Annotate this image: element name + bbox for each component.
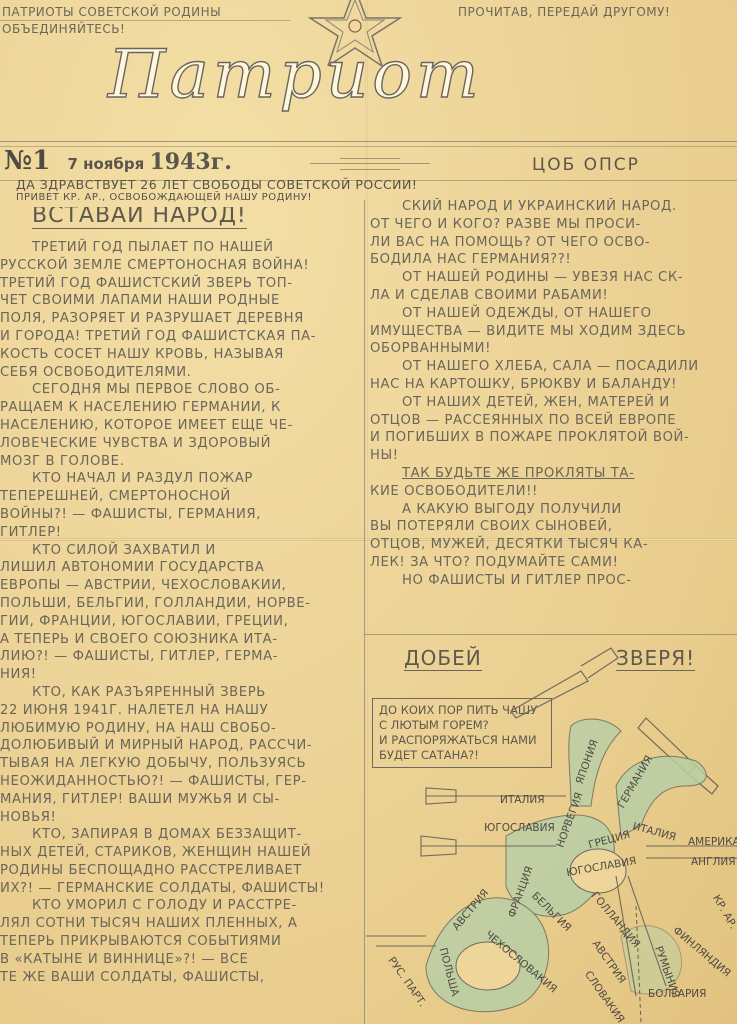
text-line: вы потеряли своих сыновей, (370, 518, 737, 536)
paragraph: От наших детей, жен, матерей иотцов — ра… (370, 394, 737, 465)
issue-date-year: 1943г. (150, 149, 232, 175)
right-column-paragraphs: ский народ и украинский народ.От чего и … (370, 198, 737, 590)
text-line: От нашей Родины — увезя нас ск- (370, 269, 737, 287)
text-line: а теперь и своего союзника Ита- (0, 631, 360, 649)
left-column-paragraphs: Третий год пылает по нашейрусской земле … (0, 239, 360, 986)
text-line: Родины беспощадно расстреливает (0, 862, 360, 880)
text-line: От нашего хлеба, сала — посадили (370, 358, 737, 376)
text-line: гии, Франции, Югославии, Греции, (0, 613, 360, 631)
issue-line: №1 7 ноября 1943г. (4, 146, 232, 176)
text-line: ли вас на помощь? От чего осво- (370, 234, 737, 252)
slogan-right: Прочитав, передай другому! (458, 4, 670, 21)
text-line: кость сосет нашу кровь, называя (0, 346, 360, 364)
text-line: имущества — видите мы ходим здесь (370, 323, 737, 341)
paragraph: Но фашисты и Гитлер прос- (370, 572, 737, 590)
headline-text: Вставай народ! (32, 207, 247, 229)
left-column: Вставай народ! Третий год пылает по наше… (0, 207, 360, 986)
paragraph: Третий год пылает по нашейрусской земле … (0, 239, 360, 381)
paragraph: От нашей Родины — увезя нас ск-ла и сдел… (370, 269, 737, 305)
beast-label: Болгария (648, 988, 706, 1000)
column-divider (364, 200, 365, 1024)
text-line: Польши, Бельгии, Голландии, Норве- (0, 595, 360, 613)
text-line: ны! (370, 447, 737, 465)
text-line: ращаем к населению Германии, к (0, 399, 360, 417)
beast-label: Югославия (484, 822, 555, 834)
slogan-underline (0, 20, 290, 21)
text-line: и города! Третий год фашистская па- (0, 328, 360, 346)
text-line: и погибших в пожаре проклятой вой- (370, 429, 737, 447)
decorative-dash-3 (340, 169, 400, 170)
paragraph: Кто силой захватил илишил автономии госу… (0, 542, 360, 684)
text-line: Кто начал и раздул пожар (0, 470, 360, 488)
beast-label: Америка (688, 836, 737, 848)
text-line: в «Катыне и Виннице»?! — Все (0, 951, 360, 969)
paragraph: Так будьте же прокляты та-кие освободите… (370, 465, 737, 501)
masthead-rule-top (0, 141, 737, 142)
text-line: Кто уморил с голоду и расстре- (0, 897, 360, 915)
text-line: кие освободители!! (370, 483, 737, 501)
greeting-line2: Привет Кр. Ар., освобождающей нашу Родин… (16, 192, 312, 203)
text-line: 22 июня 1941г. налетел на нашу (0, 702, 360, 720)
text-line: лял сотни тысяч наших пленных, а (0, 915, 360, 933)
decorative-dash-1 (310, 163, 430, 164)
issue-date-day: 7 ноября (67, 155, 144, 173)
text-line: их?! — Германские солдаты, фашисты! (0, 880, 360, 898)
text-line: себя освободителями. (0, 364, 360, 382)
text-line: любимую Родину, на наш свобо- (0, 720, 360, 738)
text-line: бодила нас Германия??! (370, 251, 737, 269)
right-column: ский народ и украинский народ.От чего и … (370, 198, 737, 590)
text-line: лишил автономии государства (0, 559, 360, 577)
text-line: неожиданностью?! — Фашисты, Гер- (0, 773, 360, 791)
cartoon-panel: Добей зверя! До коих пор пить чашу с лют… (366, 636, 737, 1024)
paragraph: Кто начал и раздул пожартеперешней, смер… (0, 470, 360, 541)
text-line: теперешней, смертоносной (0, 488, 360, 506)
paragraph: От нашей одежды, от нашегоимущества — ви… (370, 305, 737, 358)
text-line: Сегодня мы первое слово об- (0, 381, 360, 399)
text-line: поля, разоряет и разрушает деревня (0, 310, 360, 328)
decorative-dash-2 (340, 158, 400, 159)
beast-label: Англия (691, 856, 736, 868)
paragraph: Кто уморил с голоду и расстре-лял сотни … (0, 897, 360, 986)
text-line: теперь прикрываются событиями (0, 933, 360, 951)
paragraph: ский народ и украинский народ.От чего и … (370, 198, 737, 269)
text-line: ловеческие чувства и здоровый (0, 435, 360, 453)
text-line: тывая на легкую добычу, пользуясь (0, 755, 360, 773)
slogan-left: Патриоты советской Родины объединяйтесь! (2, 4, 221, 38)
text-line: ский народ и украинский народ. (370, 198, 737, 216)
text-line: А какую выгоду получили (370, 501, 737, 519)
slogan-left-line1: Патриоты советской Родины (2, 4, 221, 21)
text-line: ния! (0, 666, 360, 684)
text-line: отцов — рассеянных по всей Европе (370, 412, 737, 430)
organization-name: ЦОБ ОПСР (532, 155, 640, 175)
masthead-title: Патриот (108, 36, 483, 113)
text-line: Так будьте же прокляты та- (370, 465, 737, 483)
text-line: Третий год фашистский зверь топ- (0, 275, 360, 293)
text-line: Кто, как разъяренный зверь (0, 684, 360, 702)
text-line: От наших детей, жен, матерей и (370, 394, 737, 412)
text-line: Кто силой захватил и (0, 542, 360, 560)
article-headline: Вставай народ! (0, 207, 360, 239)
text-line: отцов, мужей, десятки тысяч ка- (370, 536, 737, 554)
text-line: Кто, запирая в домах беззащит- (0, 826, 360, 844)
text-line: новья! (0, 809, 360, 827)
paragraph: От нашего хлеба, сала — посадилинас на к… (370, 358, 737, 394)
beast-label: Италия (500, 794, 545, 806)
text-line: ных детей, стариков, женщин нашей (0, 844, 360, 862)
paragraph: А какую выгоду получиливы потеряли своих… (370, 501, 737, 572)
issue-date: 7 ноября 1943г. (67, 155, 231, 173)
text-line: лию?! — Фашисты, Гитлер, Герма- (0, 648, 360, 666)
text-line: мозг в голове. (0, 453, 360, 471)
text-line: те же ваши солдаты, фашисты, (0, 969, 360, 987)
text-line: лек! За что? Подумайте сами! (370, 554, 737, 572)
text-line: Третий год пылает по нашей (0, 239, 360, 257)
text-line: оборванными! (370, 340, 737, 358)
text-line: чет своими лапами наши родные (0, 292, 360, 310)
paragraph: Кто, запирая в домах беззащит-ных детей,… (0, 826, 360, 897)
text-line: Гитлер! (0, 524, 360, 542)
text-line: мания, Гитлер! Ваши мужья и сы- (0, 791, 360, 809)
text-line: Европы — Австрии, Чехословакии, (0, 577, 360, 595)
text-line: От чего и кого? Разве мы проси- (370, 216, 737, 234)
paragraph: Кто, как разъяренный зверь22 июня 1941г.… (0, 684, 360, 826)
text-line: войны?! — Фашисты, Германия, (0, 506, 360, 524)
issue-number: №1 (4, 146, 50, 176)
text-line: ла и сделав своими рабами! (370, 287, 737, 305)
cartoon-frame-top (364, 634, 737, 635)
text-line: Но фашисты и Гитлер прос- (370, 572, 737, 590)
text-line: населению, которое имеет еще че- (0, 417, 360, 435)
text-line: русской земле смертоносная война! (0, 257, 360, 275)
greeting-line1: Да здравствует 26 лет свободы советской … (16, 177, 417, 192)
text-line: От нашей одежды, от нашего (370, 305, 737, 323)
text-line: нас на картошку, брюкву и баланду! (370, 376, 737, 394)
text-line: долюбивый и мирный народ, рассчи- (0, 737, 360, 755)
paragraph: Сегодня мы первое слово об-ращаем к насе… (0, 381, 360, 470)
